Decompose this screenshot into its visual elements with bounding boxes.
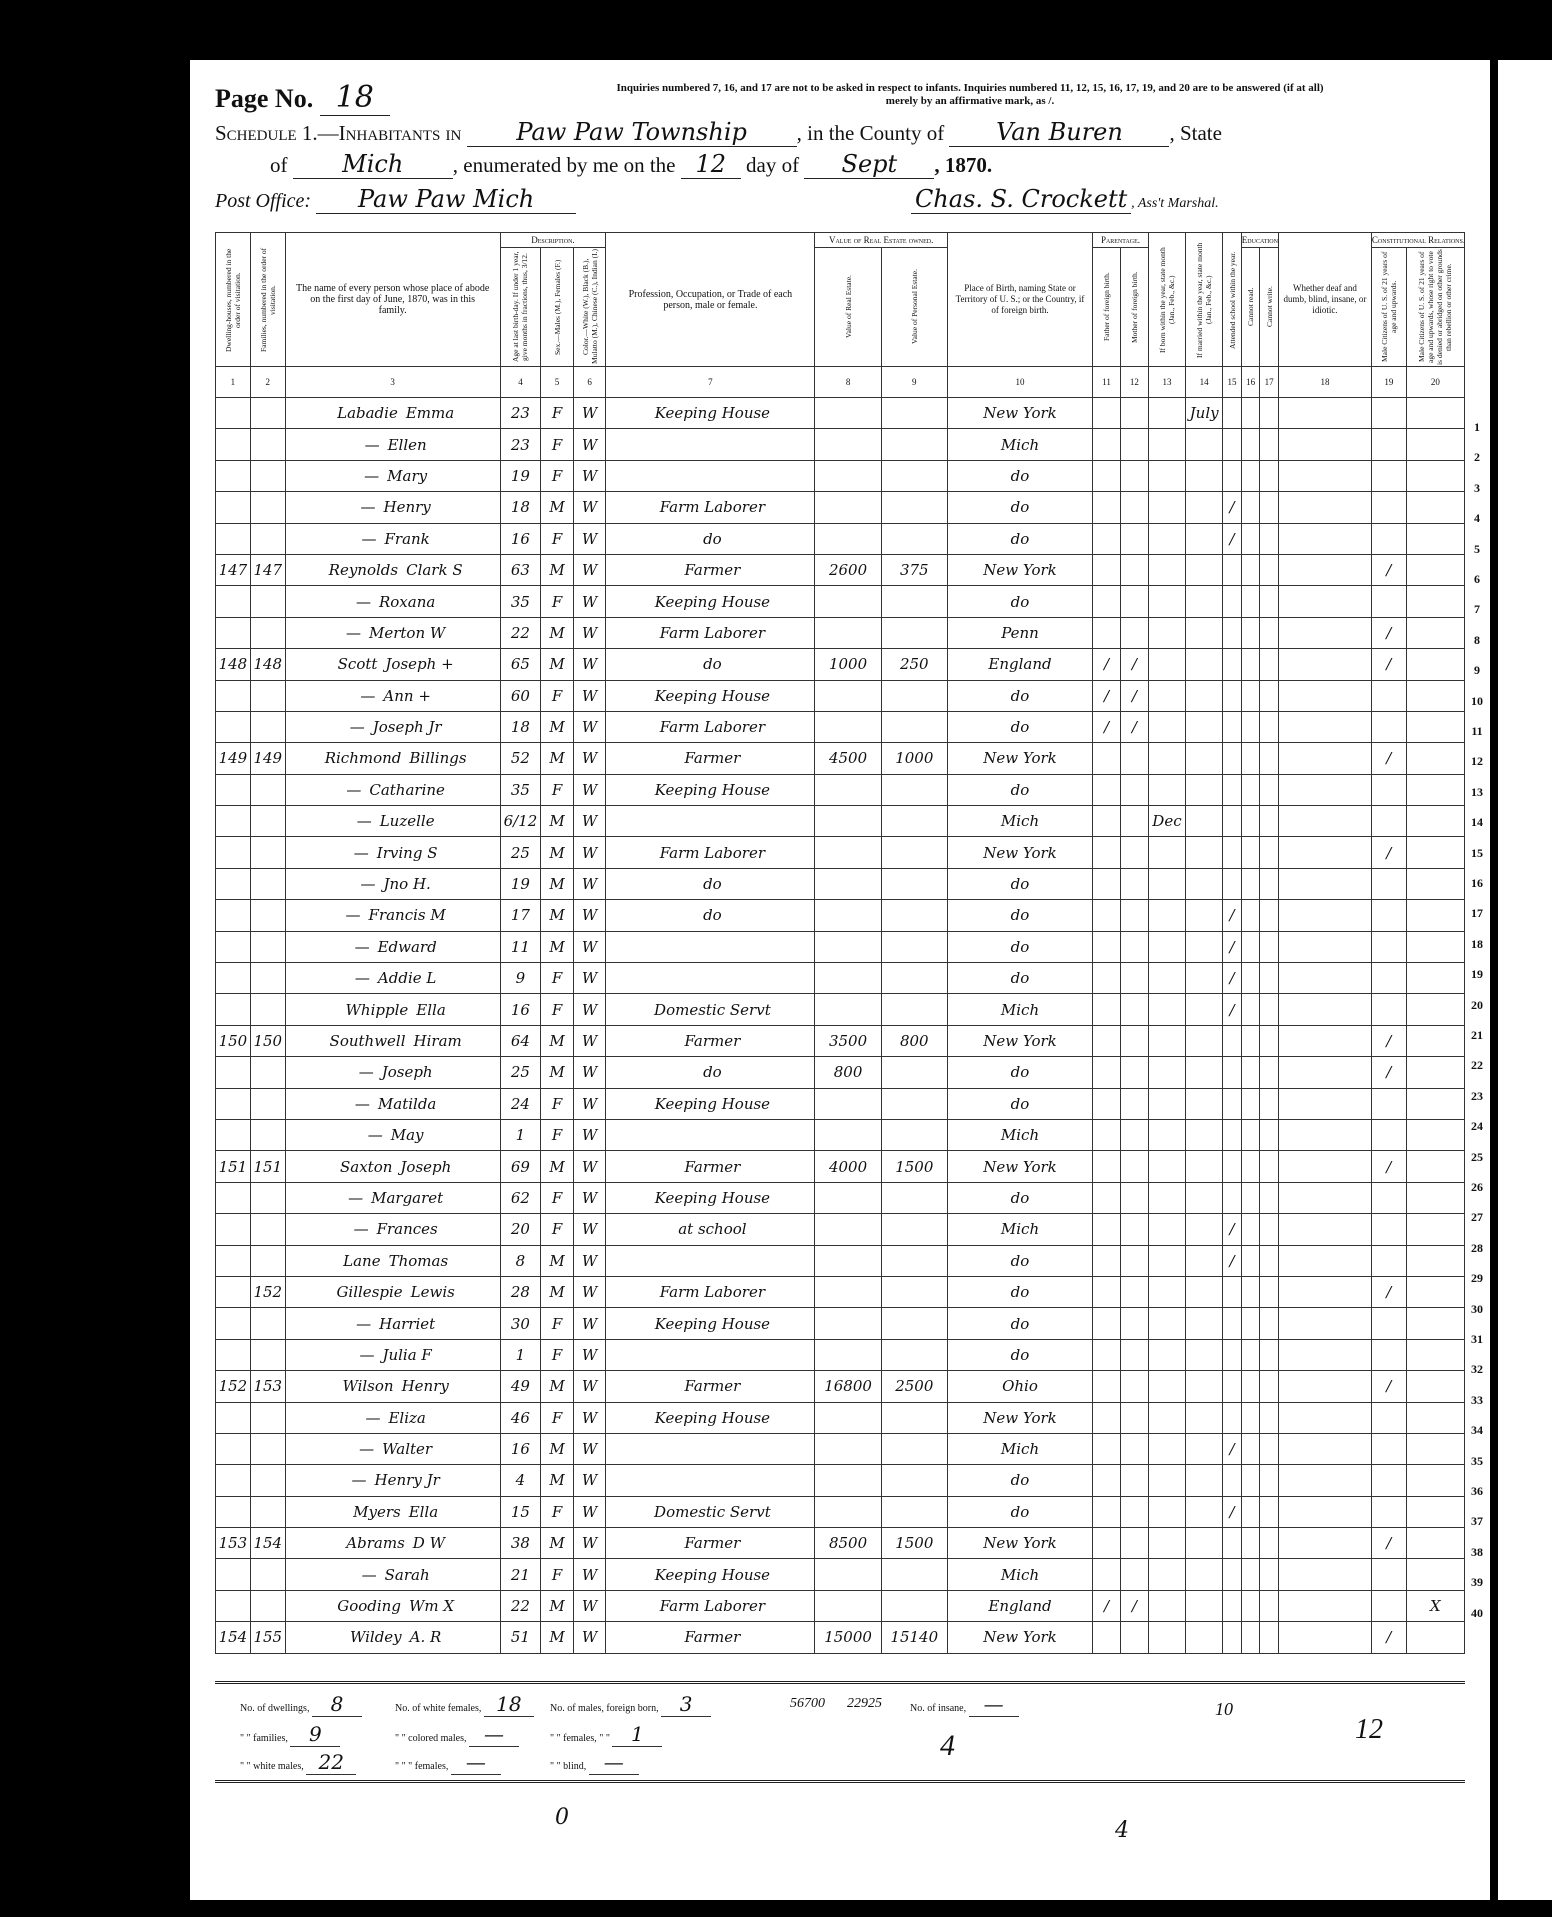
- cell-sex: M: [541, 649, 574, 680]
- cell-re: [815, 1496, 881, 1527]
- cell-fam: 154: [250, 1528, 285, 1559]
- line-number: 18: [1462, 937, 1492, 952]
- cell-m: [1120, 460, 1148, 491]
- cell-re: [815, 1465, 881, 1496]
- cell-age: 25: [500, 1057, 541, 1088]
- cell-pe: [881, 1119, 947, 1150]
- cell-born: [1148, 1559, 1185, 1590]
- cell-sex: F: [541, 1496, 574, 1527]
- cell-pe: [881, 994, 947, 1025]
- surname: Wilson: [342, 1377, 393, 1395]
- cell-pe: [881, 1276, 947, 1307]
- cell-school: [1223, 1276, 1242, 1307]
- cell-f: [1093, 868, 1121, 899]
- cell-m: [1120, 1057, 1148, 1088]
- cell-married: [1186, 900, 1223, 931]
- line-number: 8: [1462, 633, 1492, 648]
- cell-color: W: [573, 1245, 606, 1276]
- line-number: 19: [1462, 967, 1492, 982]
- cell-c20: [1406, 1339, 1464, 1370]
- cell-re: [815, 1402, 881, 1433]
- cell-school: /: [1223, 1433, 1242, 1464]
- cell-married: [1186, 1088, 1223, 1119]
- cell-sex: M: [541, 1622, 574, 1653]
- cell-sex: M: [541, 1528, 574, 1559]
- cell-birth: New York: [947, 743, 1092, 774]
- given-name: Eliza: [388, 1409, 425, 1427]
- cell-born: [1148, 1590, 1185, 1621]
- cell-m: [1120, 429, 1148, 460]
- cell-re: [815, 1182, 881, 1213]
- cell-c20: [1406, 963, 1464, 994]
- cell-born: [1148, 1214, 1185, 1245]
- cell-fam: [250, 523, 285, 554]
- cell-born: [1148, 1057, 1185, 1088]
- cell-color: W: [573, 868, 606, 899]
- cell-sex: F: [541, 1308, 574, 1339]
- cell-cond: [1278, 1276, 1371, 1307]
- cell-read: [1241, 649, 1260, 680]
- cell-m: [1120, 1088, 1148, 1119]
- dwellings-count: 8: [312, 1692, 362, 1717]
- cell-school: [1223, 586, 1242, 617]
- line-number: 32: [1462, 1362, 1492, 1377]
- cell-age: 23: [500, 398, 541, 429]
- line-number: 16: [1462, 876, 1492, 891]
- cell-birth: do: [947, 1182, 1092, 1213]
- cell-read: [1241, 1433, 1260, 1464]
- cell-pe: [881, 1088, 947, 1119]
- cell-age: 21: [500, 1559, 541, 1590]
- cell-married: [1186, 586, 1223, 617]
- person-name: AbramsD W: [285, 1528, 500, 1559]
- table-row: WhippleElla16FWDomestic ServtMich/: [216, 994, 1465, 1025]
- cell-write: [1260, 1276, 1279, 1307]
- cell-write: [1260, 1182, 1279, 1213]
- cell-dw: [216, 1057, 251, 1088]
- cell-c19: [1371, 711, 1406, 742]
- cell-write: [1260, 1622, 1279, 1653]
- cell-sex: M: [541, 617, 574, 648]
- cell-f: [1093, 523, 1121, 554]
- cell-c19: /: [1371, 1622, 1406, 1653]
- person-name: LabadieEmma: [285, 398, 500, 429]
- cell-color: W: [573, 1402, 606, 1433]
- cell-dw: 152: [216, 1371, 251, 1402]
- given-name: Joseph: [400, 1158, 451, 1176]
- cell-m: [1120, 554, 1148, 585]
- cell-re: 4500: [815, 743, 881, 774]
- cell-born: [1148, 680, 1185, 711]
- cell-read: [1241, 806, 1260, 837]
- cell-age: 8: [500, 1245, 541, 1276]
- cell-age: 49: [500, 1371, 541, 1402]
- cell-age: 60: [500, 680, 541, 711]
- person-name: —Ann +: [285, 680, 500, 711]
- cell-married: [1186, 1276, 1223, 1307]
- cell-married: [1186, 963, 1223, 994]
- cell-sex: M: [541, 1245, 574, 1276]
- cell-c20: [1406, 900, 1464, 931]
- insane-count: —: [969, 1692, 1019, 1717]
- cell-born: [1148, 1339, 1185, 1370]
- line-number: 20: [1462, 998, 1492, 1013]
- table-row: —Catharine35FWKeeping Housedo: [216, 774, 1465, 805]
- cell-write: [1260, 1119, 1279, 1150]
- cell-m: [1120, 806, 1148, 837]
- cell-age: 20: [500, 1214, 541, 1245]
- cell-m: [1120, 1182, 1148, 1213]
- cell-c19: [1371, 1245, 1406, 1276]
- cell-born: [1148, 931, 1185, 962]
- post-office-line: Post Office: Paw Paw Mich Chas. S. Crock…: [215, 185, 1219, 214]
- cell-fam: 147: [250, 554, 285, 585]
- cell-occ: Keeping House: [606, 680, 815, 711]
- person-name: ScottJoseph +: [285, 649, 500, 680]
- cell-married: [1186, 1465, 1223, 1496]
- cell-read: [1241, 994, 1260, 1025]
- cell-dw: [216, 774, 251, 805]
- cell-married: [1186, 711, 1223, 742]
- column-number-row: 1234567891011121314151617181920: [216, 367, 1465, 398]
- cell-m: [1120, 617, 1148, 648]
- cell-birth: do: [947, 774, 1092, 805]
- cell-fam: [250, 837, 285, 868]
- cell-married: [1186, 680, 1223, 711]
- cell-occ: [606, 963, 815, 994]
- cell-m: /: [1120, 649, 1148, 680]
- person-name: WildeyA. R: [285, 1622, 500, 1653]
- cell-school: [1223, 711, 1242, 742]
- total-personal-estate: 22925: [847, 1696, 882, 1712]
- surname: Wildey: [350, 1628, 402, 1646]
- table-row: —Henry Jr4MWdo: [216, 1465, 1465, 1496]
- colored-females-count: —: [451, 1750, 501, 1775]
- given-name: Roxana: [379, 593, 435, 611]
- cell-f: /: [1093, 1590, 1121, 1621]
- surname: —: [360, 687, 375, 705]
- cell-c19: [1371, 680, 1406, 711]
- cell-sex: F: [541, 586, 574, 617]
- given-name: Lewis: [411, 1283, 455, 1301]
- cell-color: W: [573, 743, 606, 774]
- cell-m: [1120, 523, 1148, 554]
- cell-re: [815, 900, 881, 931]
- cell-f: [1093, 586, 1121, 617]
- given-name: Luzelle: [380, 812, 435, 830]
- cell-occ: do: [606, 1057, 815, 1088]
- cell-write: [1260, 1025, 1279, 1056]
- cell-occ: [606, 460, 815, 491]
- cell-m: [1120, 1214, 1148, 1245]
- cell-dw: [216, 1339, 251, 1370]
- cell-write: [1260, 994, 1279, 1025]
- cell-fam: [250, 994, 285, 1025]
- cell-c20: [1406, 1245, 1464, 1276]
- cell-c20: [1406, 554, 1464, 585]
- cell-cond: [1278, 1339, 1371, 1370]
- cell-birth: do: [947, 680, 1092, 711]
- given-name: Ellen: [388, 436, 427, 454]
- line-number: 7: [1462, 602, 1492, 617]
- cell-dw: [216, 617, 251, 648]
- cell-fam: [250, 1119, 285, 1150]
- cell-birth: New York: [947, 554, 1092, 585]
- cell-fam: 151: [250, 1151, 285, 1182]
- blind-count: —: [589, 1750, 639, 1775]
- table-row: —Roxana35FWKeeping Housedo: [216, 586, 1465, 617]
- cell-born: [1148, 649, 1185, 680]
- cell-occ: [606, 806, 815, 837]
- given-name: May: [391, 1126, 424, 1144]
- cell-fam: 149: [250, 743, 285, 774]
- cell-write: [1260, 1339, 1279, 1370]
- cell-m: [1120, 743, 1148, 774]
- person-name: —Catharine: [285, 774, 500, 805]
- cell-read: [1241, 1496, 1260, 1527]
- table-row: —Addie L9FWdo/: [216, 963, 1465, 994]
- cell-c19: /: [1371, 1151, 1406, 1182]
- table-row: LaneThomas8MWdo/: [216, 1245, 1465, 1276]
- cell-c20: [1406, 1214, 1464, 1245]
- cell-pe: [881, 429, 947, 460]
- cell-occ: Farmer: [606, 1025, 815, 1056]
- table-row: 149149RichmondBillings52MWFarmer45001000…: [216, 743, 1465, 774]
- surname: —: [359, 1440, 374, 1458]
- cell-cond: [1278, 1308, 1371, 1339]
- cell-married: [1186, 649, 1223, 680]
- cell-age: 23: [500, 429, 541, 460]
- cell-school: [1223, 1622, 1242, 1653]
- cell-m: [1120, 1151, 1148, 1182]
- table-row: —Francis M17MWdodo/: [216, 900, 1465, 931]
- cell-occ: Farmer: [606, 1371, 815, 1402]
- cell-dw: [216, 1214, 251, 1245]
- cell-write: [1260, 743, 1279, 774]
- cell-read: [1241, 1276, 1260, 1307]
- cell-c20: [1406, 1371, 1464, 1402]
- cell-occ: [606, 1433, 815, 1464]
- cell-school: [1223, 868, 1242, 899]
- cell-born: [1148, 994, 1185, 1025]
- cell-cond: [1278, 429, 1371, 460]
- cell-write: [1260, 1465, 1279, 1496]
- cell-born: [1148, 460, 1185, 491]
- cell-age: 62: [500, 1182, 541, 1213]
- line-number: 6: [1462, 572, 1492, 587]
- cell-c20: [1406, 1402, 1464, 1433]
- person-name: ReynoldsClark S: [285, 554, 500, 585]
- given-name: Henry Jr: [375, 1471, 440, 1489]
- cell-c20: [1406, 617, 1464, 648]
- cell-write: [1260, 1590, 1279, 1621]
- cell-c19: /: [1371, 1057, 1406, 1088]
- person-name: —Jno H.: [285, 868, 500, 899]
- surname: —: [346, 624, 361, 642]
- cell-f: [1093, 460, 1121, 491]
- cell-married: [1186, 429, 1223, 460]
- cell-cond: [1278, 554, 1371, 585]
- cell-married: [1186, 743, 1223, 774]
- cell-birth: do: [947, 963, 1092, 994]
- line-number: 29: [1462, 1271, 1492, 1286]
- cell-married: [1186, 554, 1223, 585]
- cell-write: [1260, 1151, 1279, 1182]
- given-name: Edward: [378, 938, 437, 956]
- citizens-total: 12: [1355, 1714, 1383, 1746]
- cell-f: [1093, 1025, 1121, 1056]
- cell-age: 19: [500, 460, 541, 491]
- person-name: —Henry Jr: [285, 1465, 500, 1496]
- cell-cond: [1278, 617, 1371, 648]
- cell-re: [815, 492, 881, 523]
- given-name: Catharine: [369, 781, 445, 799]
- cell-fam: [250, 711, 285, 742]
- cell-occ: do: [606, 649, 815, 680]
- cell-sex: F: [541, 963, 574, 994]
- cell-m: [1120, 398, 1148, 429]
- cell-age: 51: [500, 1622, 541, 1653]
- cell-write: [1260, 900, 1279, 931]
- cell-sex: M: [541, 868, 574, 899]
- cell-pe: 375: [881, 554, 947, 585]
- cell-write: [1260, 554, 1279, 585]
- person-name: —Henry: [285, 492, 500, 523]
- cell-school: [1223, 1151, 1242, 1182]
- line-number-strip: [1498, 60, 1552, 1900]
- cell-born: [1148, 1496, 1185, 1527]
- cell-fam: [250, 1057, 285, 1088]
- cell-born: [1148, 523, 1185, 554]
- cell-re: [815, 963, 881, 994]
- line-number: 24: [1462, 1119, 1492, 1134]
- person-name: —Margaret: [285, 1182, 500, 1213]
- cell-read: [1241, 837, 1260, 868]
- cell-f: [1093, 398, 1121, 429]
- cell-birth: Ohio: [947, 1371, 1092, 1402]
- given-name: Ella: [416, 1001, 446, 1019]
- cell-cond: [1278, 931, 1371, 962]
- cell-read: [1241, 586, 1260, 617]
- surname: —: [368, 1126, 383, 1144]
- cell-pe: [881, 1214, 947, 1245]
- cell-write: [1260, 1496, 1279, 1527]
- cell-born: [1148, 617, 1185, 648]
- cell-occ: at school: [606, 1214, 815, 1245]
- cell-re: [815, 1088, 881, 1119]
- cell-born: [1148, 1622, 1185, 1653]
- cell-re: [815, 711, 881, 742]
- cell-color: W: [573, 1057, 606, 1088]
- cell-sex: F: [541, 523, 574, 554]
- cell-born: [1148, 1088, 1185, 1119]
- cell-m: [1120, 1559, 1148, 1590]
- cell-sex: M: [541, 492, 574, 523]
- cell-dw: [216, 1308, 251, 1339]
- cell-fam: [250, 1496, 285, 1527]
- cell-school: /: [1223, 523, 1242, 554]
- cell-write: [1260, 680, 1279, 711]
- foreign-females-count: 1: [612, 1722, 662, 1747]
- cell-c20: [1406, 1496, 1464, 1527]
- cell-c20: X: [1406, 1590, 1464, 1621]
- cell-c20: [1406, 680, 1464, 711]
- cell-c20: [1406, 868, 1464, 899]
- cell-re: [815, 1119, 881, 1150]
- cell-re: 1000: [815, 649, 881, 680]
- cell-re: [815, 1590, 881, 1621]
- cell-re: [815, 460, 881, 491]
- cell-re: [815, 994, 881, 1025]
- cell-dw: 148: [216, 649, 251, 680]
- table-row: —Sarah21FWKeeping HouseMich: [216, 1559, 1465, 1590]
- surname: —: [362, 530, 377, 548]
- cell-c20: [1406, 1057, 1464, 1088]
- cell-f: [1093, 492, 1121, 523]
- cell-sex: M: [541, 1057, 574, 1088]
- cell-fam: [250, 1402, 285, 1433]
- cell-c19: /: [1371, 1025, 1406, 1056]
- cell-write: [1260, 1057, 1279, 1088]
- cell-write: [1260, 931, 1279, 962]
- cell-read: [1241, 492, 1260, 523]
- person-name: —Frank: [285, 523, 500, 554]
- cell-dw: 154: [216, 1622, 251, 1653]
- cell-c20: [1406, 1119, 1464, 1150]
- cell-cond: [1278, 743, 1371, 774]
- cell-re: [815, 680, 881, 711]
- cell-c19: [1371, 586, 1406, 617]
- line-number: 35: [1462, 1454, 1492, 1469]
- cell-fam: [250, 900, 285, 931]
- cell-color: W: [573, 994, 606, 1025]
- cell-birth: do: [947, 711, 1092, 742]
- cell-cond: [1278, 1151, 1371, 1182]
- cell-born: [1148, 398, 1185, 429]
- cell-sex: F: [541, 1402, 574, 1433]
- cell-color: W: [573, 1308, 606, 1339]
- cell-school: [1223, 1339, 1242, 1370]
- surname: Myers: [353, 1503, 401, 1521]
- cell-f: [1093, 1182, 1121, 1213]
- cell-birth: England: [947, 649, 1092, 680]
- cell-birth: do: [947, 868, 1092, 899]
- cell-birth: New York: [947, 837, 1092, 868]
- table-row: GoodingWm X22MWFarm LaborerEngland//X: [216, 1590, 1465, 1621]
- cell-born: [1148, 586, 1185, 617]
- cell-f: [1093, 806, 1121, 837]
- cell-cond: [1278, 492, 1371, 523]
- cell-school: /: [1223, 1245, 1242, 1276]
- given-name: Addie L: [378, 969, 436, 987]
- cell-c20: [1406, 649, 1464, 680]
- cell-birth: New York: [947, 1528, 1092, 1559]
- surname: —: [359, 1063, 374, 1081]
- cell-occ: Keeping House: [606, 398, 815, 429]
- cell-pe: [881, 617, 947, 648]
- cell-m: [1120, 586, 1148, 617]
- cell-color: W: [573, 1590, 606, 1621]
- cell-read: [1241, 1559, 1260, 1590]
- cell-birth: do: [947, 1496, 1092, 1527]
- cell-age: 1: [500, 1119, 541, 1150]
- table-row: —Edward11MWdo/: [216, 931, 1465, 962]
- cell-c19: /: [1371, 837, 1406, 868]
- cell-c19: [1371, 429, 1406, 460]
- cell-f: [1093, 617, 1121, 648]
- table-row: 150150SouthwellHiram64MWFarmer3500800New…: [216, 1025, 1465, 1056]
- cell-read: [1241, 1088, 1260, 1119]
